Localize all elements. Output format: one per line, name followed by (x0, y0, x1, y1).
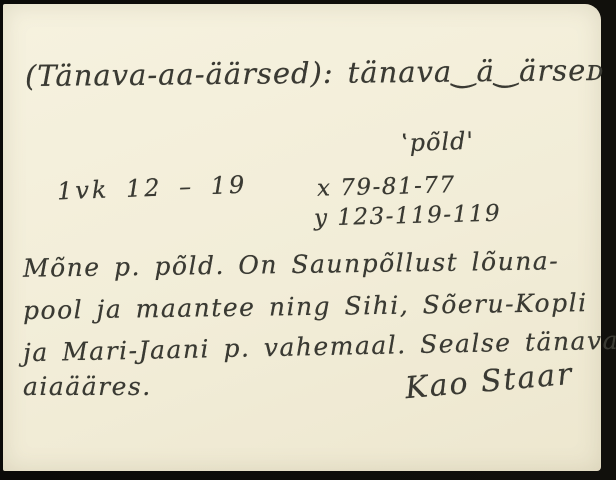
coordinate-x: x 79-81-77 (317, 172, 456, 202)
place-name-phonetic: tänava‿ä‿ärseᴅ (347, 53, 604, 90)
scan-background: (Tänava-aa-äärsed):tänava‿ä‿ärseᴅ ‛põld'… (0, 0, 616, 480)
gloss-text: ‛põld' (401, 127, 475, 158)
body-line-1: Mõne p. põld. On Saunpõllust lõuna- (23, 246, 560, 282)
place-name-standard: (Tänava-aa-äärsed): (25, 56, 334, 93)
body-line-4: aiaääres. (23, 372, 152, 401)
heading: (Tänava-aa-äärsed):tänava‿ä‿ärseᴅ (25, 53, 605, 93)
coordinate-y: y 123-119-119 (314, 201, 502, 232)
index-card: (Tänava-aa-äärsed):tänava‿ä‿ärseᴅ ‛põld'… (3, 4, 601, 471)
map-sheet-reference: 1vk 12 – 19 (57, 171, 248, 206)
signature: Kao Staar (404, 357, 575, 407)
body-line-2: pool ja maantee ning Sihi, Sõeru-Kopli (23, 288, 588, 325)
